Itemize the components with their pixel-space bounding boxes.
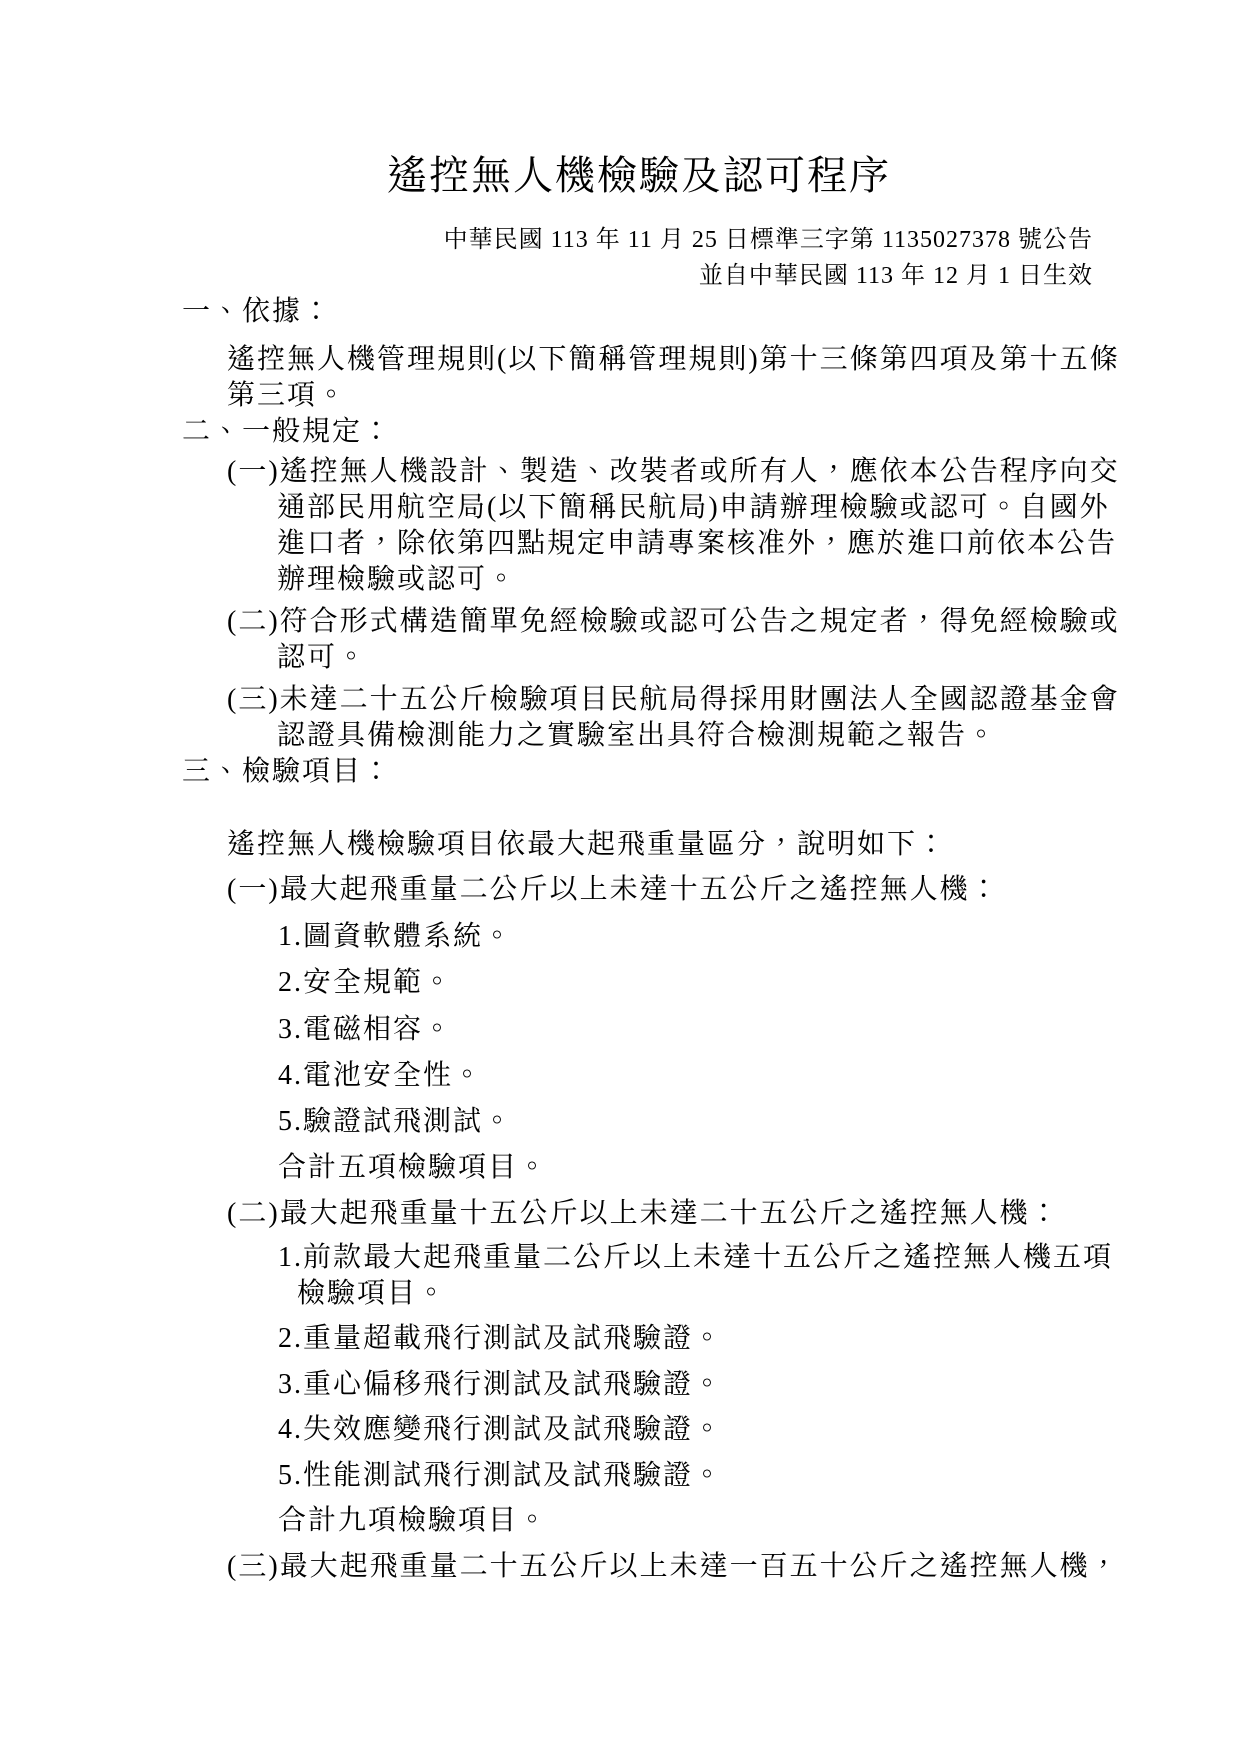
sub-item-line: 4.電池安全性。 [0,1058,1241,1094]
sub-item-line: 檢驗項目。 [0,1276,1241,1312]
list-item-line: 通部民用航空局(以下簡稱民航局)申請辦理檢驗或認可。自國外 [0,490,1241,526]
announcement-number-line: 中華民國 113 年 11 月 25 日標準三字第 1135027378 號公告 [0,222,1241,258]
section-2-heading: 二、一般規定： [0,414,1241,450]
section-1-heading: 一、依據： [0,294,1241,330]
sub-item-total-line: 合計九項檢驗項目。 [0,1503,1241,1539]
list-item-line: (二)最大起飛重量十五公斤以上未達二十五公斤之遙控無人機： [0,1196,1241,1232]
list-item-line: 進口者，除依第四點規定申請專案核准外，應於進口前依本公告 [0,526,1241,562]
sub-item-line: 3.重心偏移飛行測試及試飛驗證。 [0,1367,1241,1403]
sub-item-total-line: 合計五項檢驗項目。 [0,1150,1241,1186]
list-item-line: (一)遙控無人機設計、製造、改裝者或所有人，應依本公告程序向交 [0,454,1241,490]
sub-item-line: 1.圖資軟體系統。 [0,919,1241,955]
list-item-line: (三)未達二十五公斤檢驗項目民航局得採用財團法人全國認證基金會 [0,682,1241,718]
list-item-line: (三)最大起飛重量二十五公斤以上未達一百五十公斤之遙控無人機， [0,1549,1241,1585]
section-3-heading: 三、檢驗項目： [0,754,1241,790]
list-item-line: 認證具備檢測能力之實驗室出具符合檢測規範之報告。 [0,718,1241,754]
document-title: 遙控無人機檢驗及認可程序 [0,148,1241,204]
list-item-line: (一)最大起飛重量二公斤以上未達十五公斤之遙控無人機： [0,872,1241,908]
list-item-line: 認可。 [0,640,1241,676]
sub-item-line: 3.電磁相容。 [0,1012,1241,1048]
sub-item-line: 2.重量超載飛行測試及試飛驗證。 [0,1321,1241,1357]
sub-item-line: 5.性能測試飛行測試及試飛驗證。 [0,1458,1241,1494]
effective-date-line: 並自中華民國 113 年 12 月 1 日生效 [0,258,1241,294]
document-page: 遙控無人機檢驗及認可程序 中華民國 113 年 11 月 25 日標準三字第 1… [0,0,1241,1755]
section-3-intro: 遙控無人機檢驗項目依最大起飛重量區分，說明如下： [0,827,1241,863]
sub-item-line: 4.失效應變飛行測試及試飛驗證。 [0,1412,1241,1448]
sub-item-line: 5.驗證試飛測試。 [0,1104,1241,1140]
list-item-line: (二)符合形式構造簡單免經檢驗或認可公告之規定者，得免經檢驗或 [0,604,1241,640]
sub-item-line: 2.安全規範。 [0,965,1241,1001]
body-line: 第三項。 [0,378,1241,414]
body-line: 遙控無人機管理規則(以下簡稱管理規則)第十三條第四項及第十五條 [0,342,1241,378]
sub-item-line: 1.前款最大起飛重量二公斤以上未達十五公斤之遙控無人機五項 [0,1240,1241,1276]
list-item-line: 辦理檢驗或認可。 [0,562,1241,598]
